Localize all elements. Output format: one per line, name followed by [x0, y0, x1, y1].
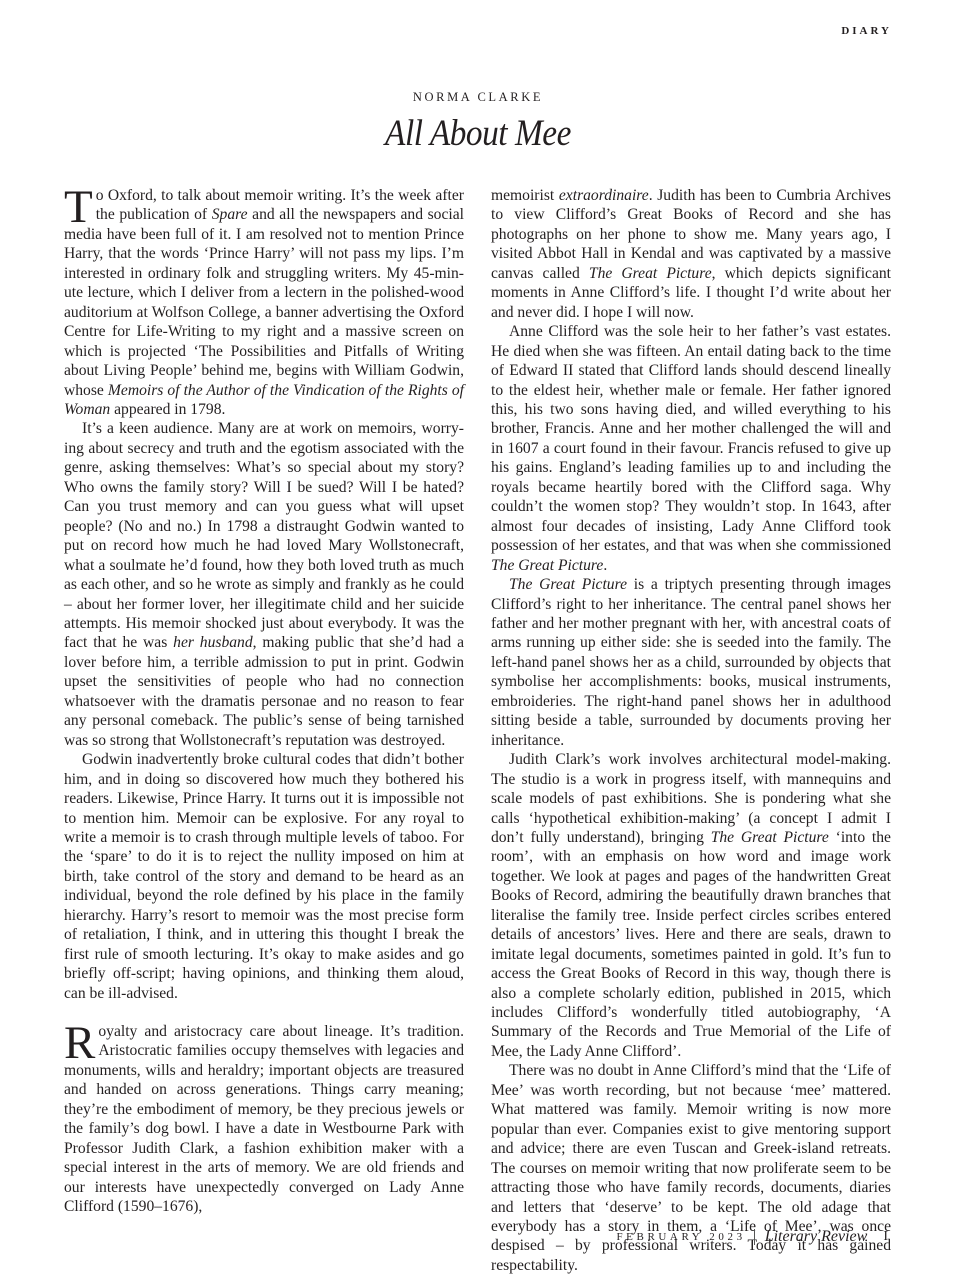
emphasis-text: extraordinaire	[559, 187, 649, 204]
book-title: Spare	[212, 206, 248, 223]
artwork-title: The Great Picture	[509, 576, 627, 593]
article-column-right: memoirist extraordinaire. Judith has bee…	[491, 186, 891, 1275]
paragraph: To Oxford, to talk about memoir writing.…	[64, 186, 464, 419]
footer-divider	[754, 1229, 755, 1245]
paragraph: Anne Clifford was the sole heir to her f…	[491, 322, 891, 575]
paragraph-text: Anne Clifford was the sole heir to her f…	[491, 323, 891, 554]
paragraph: Royalty and aristocracy care about linea…	[64, 1022, 464, 1217]
paragraph-text: ‘into the room’, with an emphasis on how…	[491, 829, 891, 1060]
paragraph-text: oyalty and aristocracy care about lineag…	[64, 1023, 464, 1215]
paragraph: It’s a keen audience. Many are at work o…	[64, 419, 464, 750]
paragraph-text: , making public that she’d had a lover b…	[64, 634, 464, 748]
paragraph: memoirist extraordinaire. Judith has bee…	[491, 186, 891, 322]
artwork-title: The Great Picture	[711, 829, 829, 846]
paragraph: The Great Picture is a triptych presenti…	[491, 575, 891, 750]
drop-cap: T	[64, 189, 93, 225]
paragraph: Godwin inadvertently broke cultural code…	[64, 750, 464, 1003]
artwork-title: The Great Picture	[491, 557, 603, 574]
paragraph-text: memoirist	[491, 187, 559, 204]
emphasis-text: her husband	[173, 634, 253, 651]
page-number: I	[883, 1229, 888, 1245]
paragraph: Judith Clark’s work involves architectur…	[491, 750, 891, 1061]
article-title: All About Mee	[48, 112, 908, 155]
paragraph-text: appeared in 1798.	[110, 401, 225, 418]
paragraph-text: .	[603, 557, 607, 574]
magazine-name: Literary Review	[765, 1228, 868, 1246]
article-column-left: To Oxford, to talk about memoir writing.…	[64, 186, 464, 1217]
author-byline: NORMA CLARKE	[0, 90, 956, 105]
paragraph-text: is a triptych presenting through images …	[491, 576, 891, 749]
section-label: DIARY	[841, 25, 892, 37]
paragraph-text: It’s a keen audience. Many are at work o…	[64, 420, 464, 651]
paragraph-text: Godwin inadvertently broke cultural code…	[64, 751, 464, 1001]
page-footer: FEBRUARY 2023 Literary Review I	[616, 1228, 888, 1246]
paragraph-text: and all the newspapers and social media …	[64, 206, 464, 398]
drop-cap: R	[64, 1025, 95, 1061]
issue-date: FEBRUARY 2023	[616, 1231, 745, 1243]
artwork-title: The Great Picture	[589, 265, 712, 282]
